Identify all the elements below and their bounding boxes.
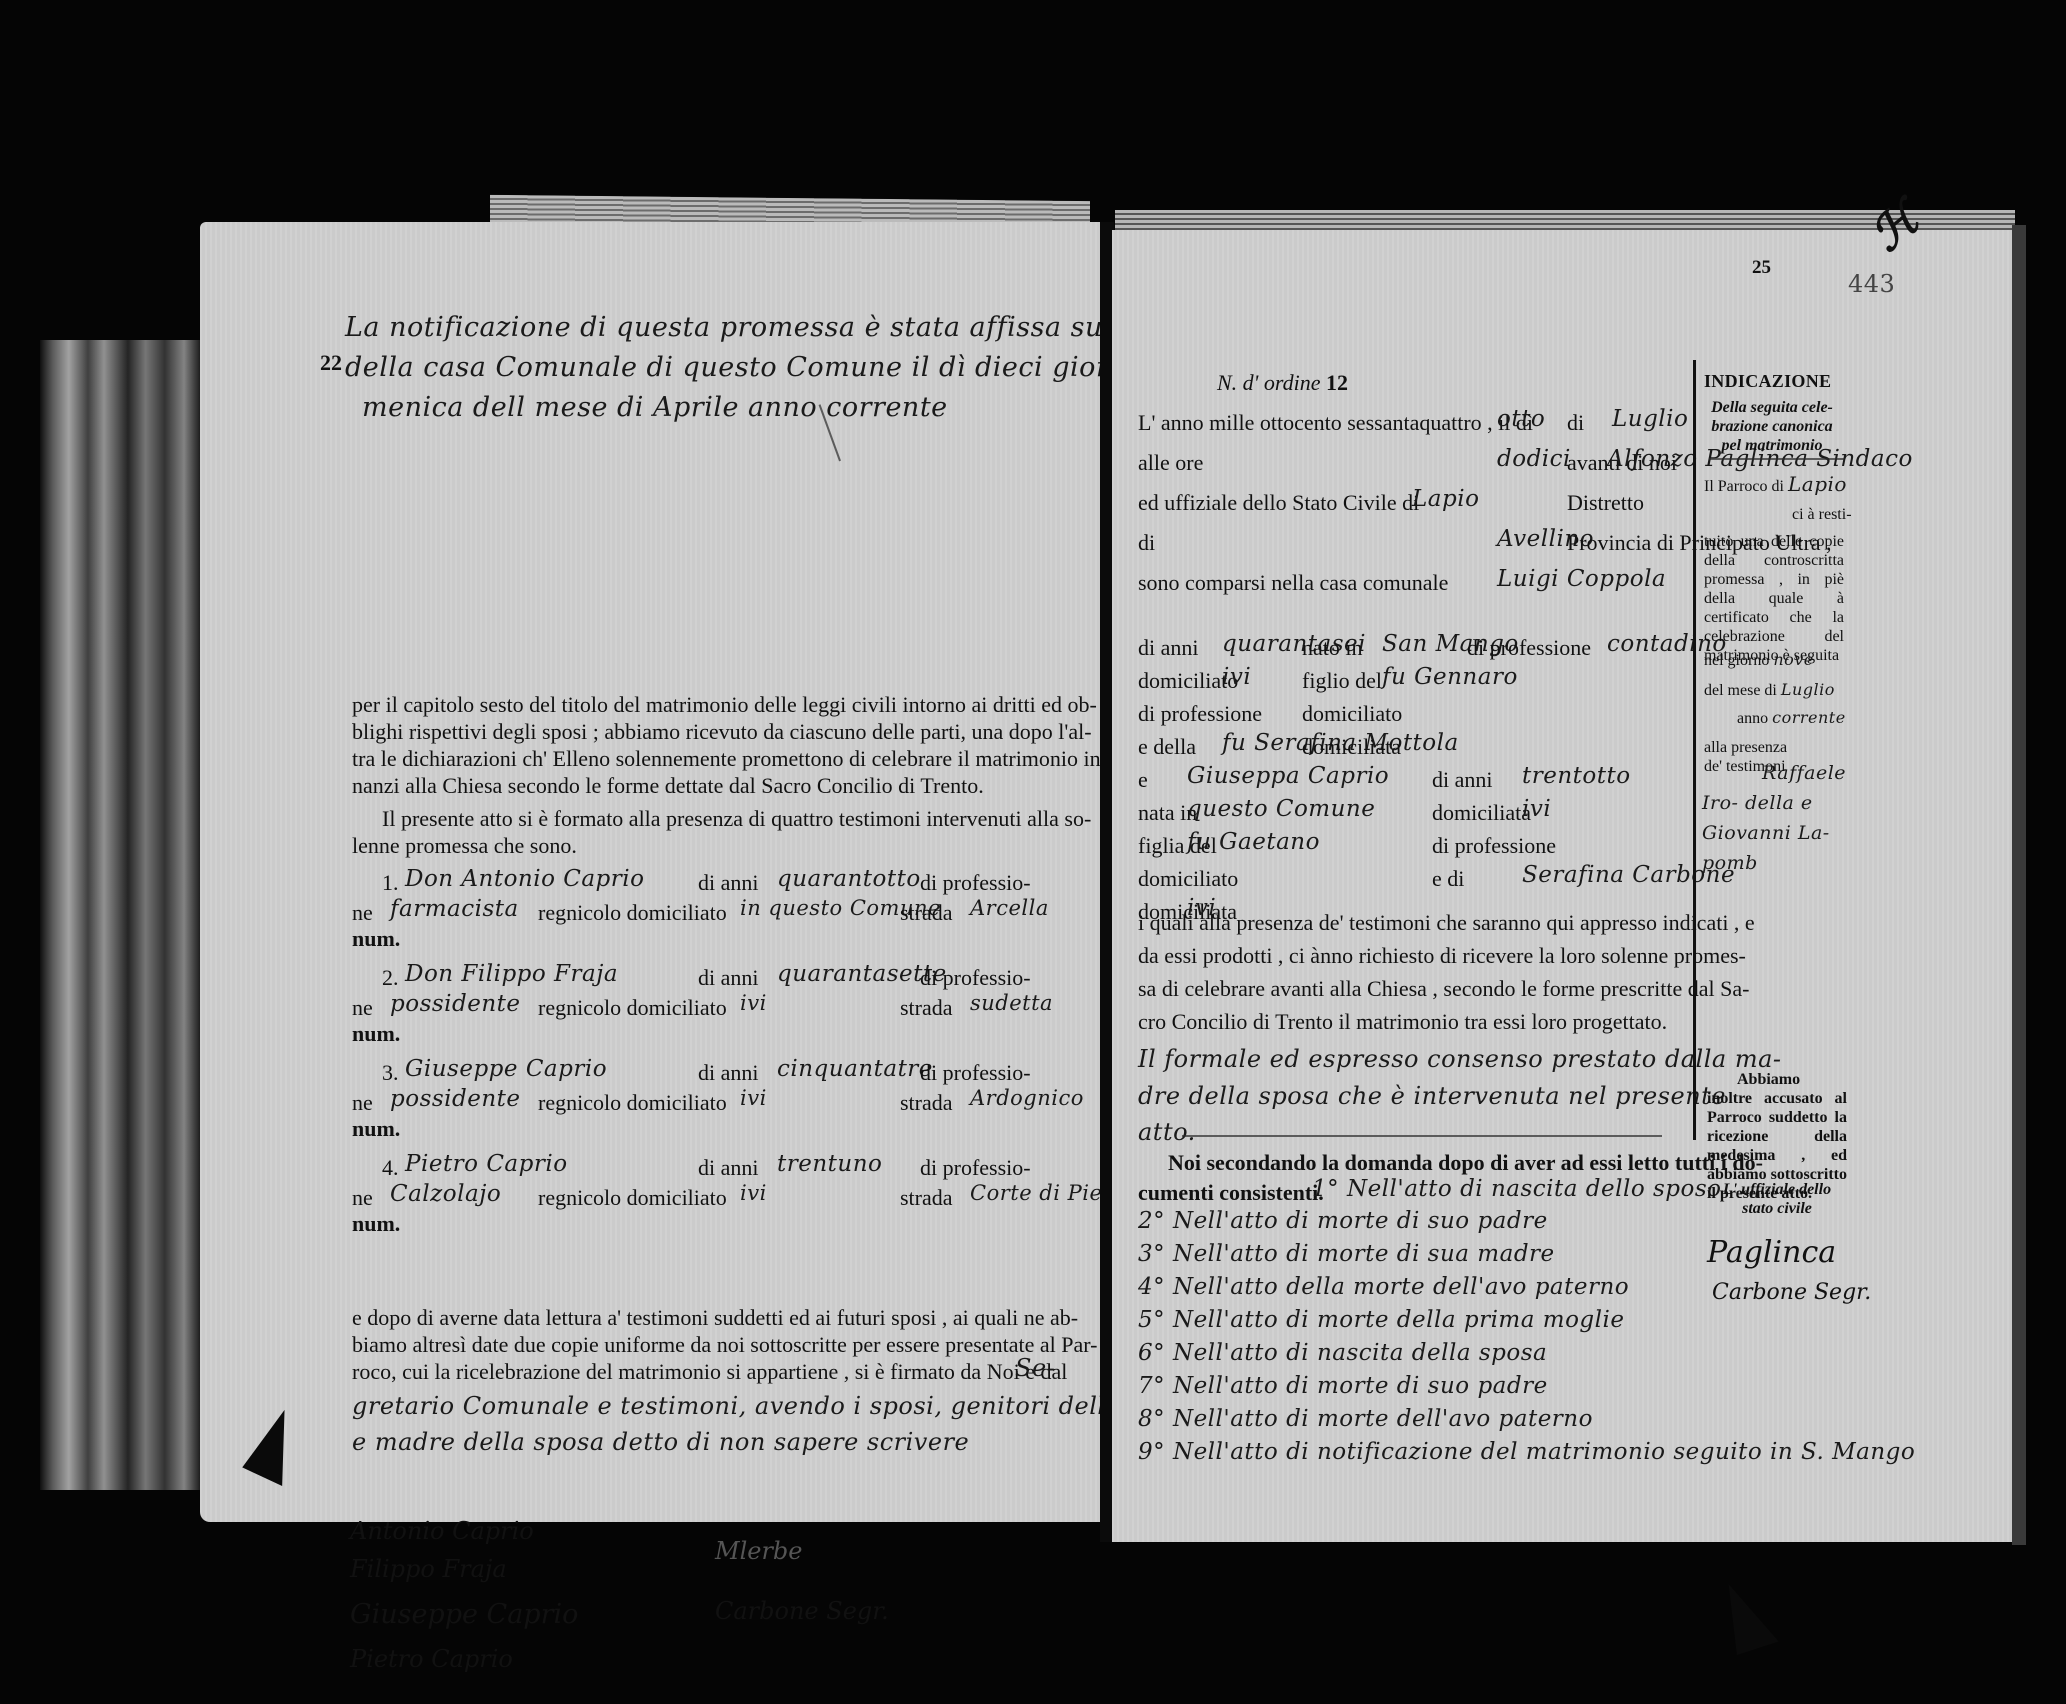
record-field: di professione bbox=[1138, 701, 1262, 727]
witness-domicile: ivi bbox=[740, 991, 767, 1015]
label-di-anni: di anni bbox=[698, 870, 759, 896]
witness-street: sudetta bbox=[970, 991, 1053, 1015]
signature-witness-4: Pietro Caprio bbox=[350, 1645, 513, 1673]
record-field: ivi bbox=[1522, 796, 1551, 822]
record-field: di bbox=[1567, 410, 1584, 436]
record-field: otto bbox=[1497, 406, 1545, 432]
witness-profession: Calzolajo bbox=[390, 1181, 501, 1207]
body-line-1: per il capitolo sesto del titolo del mat… bbox=[352, 692, 1097, 718]
document-item: 2° Nell'atto di morte di suo padre bbox=[1138, 1208, 1548, 1234]
giorno-row: nel giorno nove bbox=[1704, 650, 1814, 670]
record-field: sono comparsi nella casa comunale bbox=[1138, 570, 1448, 596]
page-number-right: 25 bbox=[1752, 258, 1771, 277]
notification-line-1: La notificazione di questa promessa è st… bbox=[345, 312, 1223, 343]
witness-name: Pietro Caprio bbox=[405, 1151, 568, 1177]
sidebar-body: tuito una delle copie della controscritt… bbox=[1704, 532, 1844, 665]
record-field: nato in bbox=[1302, 635, 1363, 661]
label-ne: ne bbox=[352, 900, 373, 926]
record-field: questo Comune bbox=[1187, 796, 1375, 822]
record-field: domiciliato bbox=[1302, 701, 1402, 727]
document-item: 1° Nell'atto di nascita dello sposo bbox=[1312, 1176, 1722, 1202]
label-ne: ne bbox=[352, 1185, 373, 1211]
witness-number: 2. bbox=[382, 965, 399, 991]
giorno-hand: nove bbox=[1773, 650, 1813, 669]
anno-label: anno bbox=[1737, 710, 1768, 727]
label-strada: strada bbox=[900, 995, 953, 1021]
record-field: domiciliata bbox=[1432, 800, 1531, 826]
document-item: 7° Nell'atto di morte di suo padre bbox=[1138, 1373, 1548, 1399]
signature-witness-2: Filippo Fraja bbox=[350, 1555, 507, 1583]
archive-number: 443 bbox=[1848, 270, 1895, 298]
label-professione: di professio- bbox=[920, 870, 1031, 896]
mese-label: del mese di bbox=[1704, 682, 1777, 699]
record-field: figlio del bbox=[1302, 668, 1382, 694]
witness-profession: possidente bbox=[390, 991, 521, 1017]
label-strada: strada bbox=[900, 1090, 953, 1116]
sidebar-title: INDICAZIONE bbox=[1704, 372, 1831, 391]
promise-line-1: i quali alla presenza de' testimoni che … bbox=[1138, 910, 1755, 936]
signature-secretary-right: Carbone Segr. bbox=[1712, 1280, 1871, 1305]
label-regnicolo: regnicolo domiciliato bbox=[538, 1090, 727, 1116]
record-field: di anni bbox=[1432, 767, 1493, 793]
anno-row: anno corrente bbox=[1737, 708, 1846, 728]
record-field: fu Gaetano bbox=[1187, 829, 1320, 855]
record-field: di bbox=[1138, 530, 1155, 556]
record-field: alle ore bbox=[1138, 450, 1203, 476]
book-edge-left bbox=[40, 340, 200, 1490]
record-field: e della bbox=[1138, 734, 1196, 760]
anno-hand: corrente bbox=[1772, 708, 1846, 727]
witness-number: 3. bbox=[382, 1060, 399, 1086]
closing-hand-2: e madre della sposa detto di non sapere … bbox=[352, 1428, 969, 1456]
order-label-text: N. d' ordine bbox=[1217, 370, 1321, 395]
record-field: e di bbox=[1432, 866, 1464, 892]
promise-line-3: sa di celebrare avanti alla Chiesa , sec… bbox=[1138, 976, 1749, 1002]
label-professione: di professio- bbox=[920, 1155, 1031, 1181]
sidebar-rule bbox=[1693, 360, 1696, 1140]
mese-hand: Luglio bbox=[1781, 680, 1835, 699]
witness-profession: possidente bbox=[390, 1086, 521, 1112]
left-page: 22 La notificazione di questa promessa è… bbox=[200, 222, 1102, 1522]
documents-intro-2: cumenti consistenti. bbox=[1138, 1180, 1324, 1206]
witness-age: cinquantatre bbox=[777, 1056, 933, 1082]
documents-intro-1: Noi secondando la domanda dopo di aver a… bbox=[1168, 1150, 1763, 1176]
label-ne: ne bbox=[352, 995, 373, 1021]
witness-domicile: ivi bbox=[740, 1181, 767, 1205]
record-field: Luglio bbox=[1612, 406, 1688, 432]
label-num: num. bbox=[352, 926, 400, 952]
restituito: ci à resti- bbox=[1792, 505, 1852, 524]
body-line-3: tra le dichiarazioni ch' Elleno solennem… bbox=[352, 746, 1108, 772]
book-edge-right bbox=[2012, 225, 2026, 1545]
label-di-anni: di anni bbox=[698, 965, 759, 991]
witness-name: Don Filippo Fraja bbox=[405, 961, 618, 987]
label-num: num. bbox=[352, 1021, 400, 1047]
document-item: 5° Nell'atto di morte della prima moglie bbox=[1138, 1307, 1624, 1333]
record-field: domiciliata bbox=[1302, 734, 1401, 760]
body-line-2: blighi rispettivi degli sposi ; abbiamo … bbox=[352, 719, 1092, 745]
archive-mark: ℋ bbox=[1860, 192, 1930, 263]
label-num: num. bbox=[352, 1211, 400, 1237]
parroco-hand: Lapio bbox=[1788, 472, 1847, 496]
witness-age: quarantotto bbox=[777, 866, 921, 892]
witness-age: trentuno bbox=[777, 1151, 882, 1177]
label-num: num. bbox=[352, 1116, 400, 1142]
page-clip-right bbox=[1715, 1575, 1778, 1655]
closing-hand-1: gretario Comunale e testimoni, avendo i … bbox=[352, 1392, 1200, 1420]
sidebar-subtitle: Della seguita cele- brazione canonica pe… bbox=[1702, 398, 1842, 455]
record-field: domiciliato bbox=[1138, 866, 1238, 892]
document-item: 4° Nell'atto della morte dell'avo patern… bbox=[1138, 1274, 1629, 1300]
witness-intro-1: Il presente atto si è formato alla prese… bbox=[382, 806, 1091, 832]
document-item: 3° Nell'atto di morte di sua madre bbox=[1138, 1241, 1555, 1267]
ufficiale-label: L' uffiziale dello stato civile bbox=[1707, 1180, 1847, 1218]
signature-witness-3: Giuseppe Caprio bbox=[350, 1599, 578, 1630]
witness-number: 4. bbox=[382, 1155, 399, 1181]
consent-line-1: Il formale ed espresso consenso prestato… bbox=[1138, 1045, 1782, 1073]
sidebar-divider bbox=[1709, 458, 1844, 460]
document-item: 9° Nell'atto di notificazione del matrim… bbox=[1138, 1439, 1915, 1465]
document-item: 6° Nell'atto di nascita della sposa bbox=[1138, 1340, 1547, 1366]
witness-street: Arcella bbox=[970, 896, 1049, 920]
signature-official: Paglinca bbox=[1707, 1235, 1836, 1270]
promise-line-2: da essi prodotti , ci ànno richiesto di … bbox=[1138, 943, 1746, 969]
record-field: Giuseppa Caprio bbox=[1187, 763, 1389, 789]
label-regnicolo: regnicolo domiciliato bbox=[538, 1185, 727, 1211]
promise-line-4: cro Concilio di Trento il matrimonio tra… bbox=[1138, 1009, 1667, 1035]
record-field: di professione bbox=[1467, 635, 1591, 661]
label-regnicolo: regnicolo domiciliato bbox=[538, 900, 727, 926]
consent-line-2: dre della sposa che è intervenuta nel pr… bbox=[1138, 1082, 1726, 1110]
witness-profession: farmacista bbox=[390, 896, 519, 922]
signature-secretary: Carbone Segr. bbox=[715, 1597, 889, 1625]
record-field: ed uffiziale dello Stato Civile di bbox=[1138, 490, 1419, 516]
label-di-anni: di anni bbox=[698, 1155, 759, 1181]
record-field: Lapio bbox=[1412, 486, 1479, 512]
parroco-label: Il Parroco di Lapio bbox=[1704, 475, 1847, 496]
record-field: trentotto bbox=[1522, 763, 1631, 789]
giorno-label: nel giorno bbox=[1704, 652, 1769, 669]
witness-domicile: ivi bbox=[740, 1086, 767, 1110]
record-field: ivi bbox=[1222, 664, 1251, 690]
label-professione: di professio- bbox=[920, 965, 1031, 991]
record-field: dodici bbox=[1497, 446, 1571, 472]
label-professione: di professio- bbox=[920, 1060, 1031, 1086]
record-field: di professione bbox=[1432, 833, 1556, 859]
closing-line-2: biamo altresì date due copie uniforme da… bbox=[352, 1332, 1097, 1358]
label-strada: strada bbox=[900, 900, 953, 926]
witness-number: 1. bbox=[382, 870, 399, 896]
document-item: 8° Nell'atto di morte dell'avo paterno bbox=[1138, 1406, 1593, 1432]
closing-hand-0: Se- bbox=[1015, 1354, 1055, 1382]
closing-line-1: e dopo di averne data lettura a' testimo… bbox=[352, 1305, 1078, 1331]
record-field: Luigi Coppola bbox=[1497, 566, 1666, 592]
order-label: N. d' ordine 12 bbox=[1217, 370, 1348, 396]
body-line-4: nanzi alla Chiesa secondo le forme detta… bbox=[352, 773, 984, 799]
label-di-anni: di anni bbox=[698, 1060, 759, 1086]
label-strada: strada bbox=[900, 1185, 953, 1211]
rule bbox=[1182, 1135, 1662, 1137]
record-field: di anni bbox=[1138, 635, 1199, 661]
parroco-label-text: Il Parroco di bbox=[1704, 478, 1784, 495]
record-field: L' anno mille ottocento sessantaquattro … bbox=[1138, 410, 1533, 436]
label-ne: ne bbox=[352, 1090, 373, 1116]
signature-mayor: Mlerbe bbox=[715, 1537, 803, 1565]
label-regnicolo: regnicolo domiciliato bbox=[538, 995, 727, 1021]
right-page: N. d' ordine 12 L' anno mille ottocento … bbox=[1112, 230, 2026, 1542]
witness-name: Don Antonio Caprio bbox=[405, 866, 644, 892]
record-field: fu Gennaro bbox=[1382, 664, 1518, 690]
mese-row: del mese di Luglio bbox=[1704, 680, 1835, 700]
witness-intro-2: lenne promessa che sono. bbox=[352, 833, 577, 859]
record-field: e bbox=[1138, 767, 1148, 793]
page-number-left: 22 bbox=[320, 350, 342, 376]
consent-line-3: atto. bbox=[1138, 1118, 1196, 1146]
signature-witness-1: Antonio Caprio bbox=[350, 1517, 534, 1545]
witness-name: Giuseppe Caprio bbox=[405, 1056, 607, 1082]
record-field: Distretto bbox=[1567, 490, 1644, 516]
closing-line-3: roco, cui la ricelebrazione del matrimon… bbox=[352, 1359, 1067, 1385]
order-number: 12 bbox=[1326, 370, 1348, 395]
witness-street: Ardognico bbox=[970, 1086, 1084, 1110]
notification-line-3: menica dell mese di Aprile anno corrente bbox=[362, 392, 948, 423]
testimoni-hand: Raffaele Iro- della e Giovanni La- pomb bbox=[1702, 758, 1852, 878]
